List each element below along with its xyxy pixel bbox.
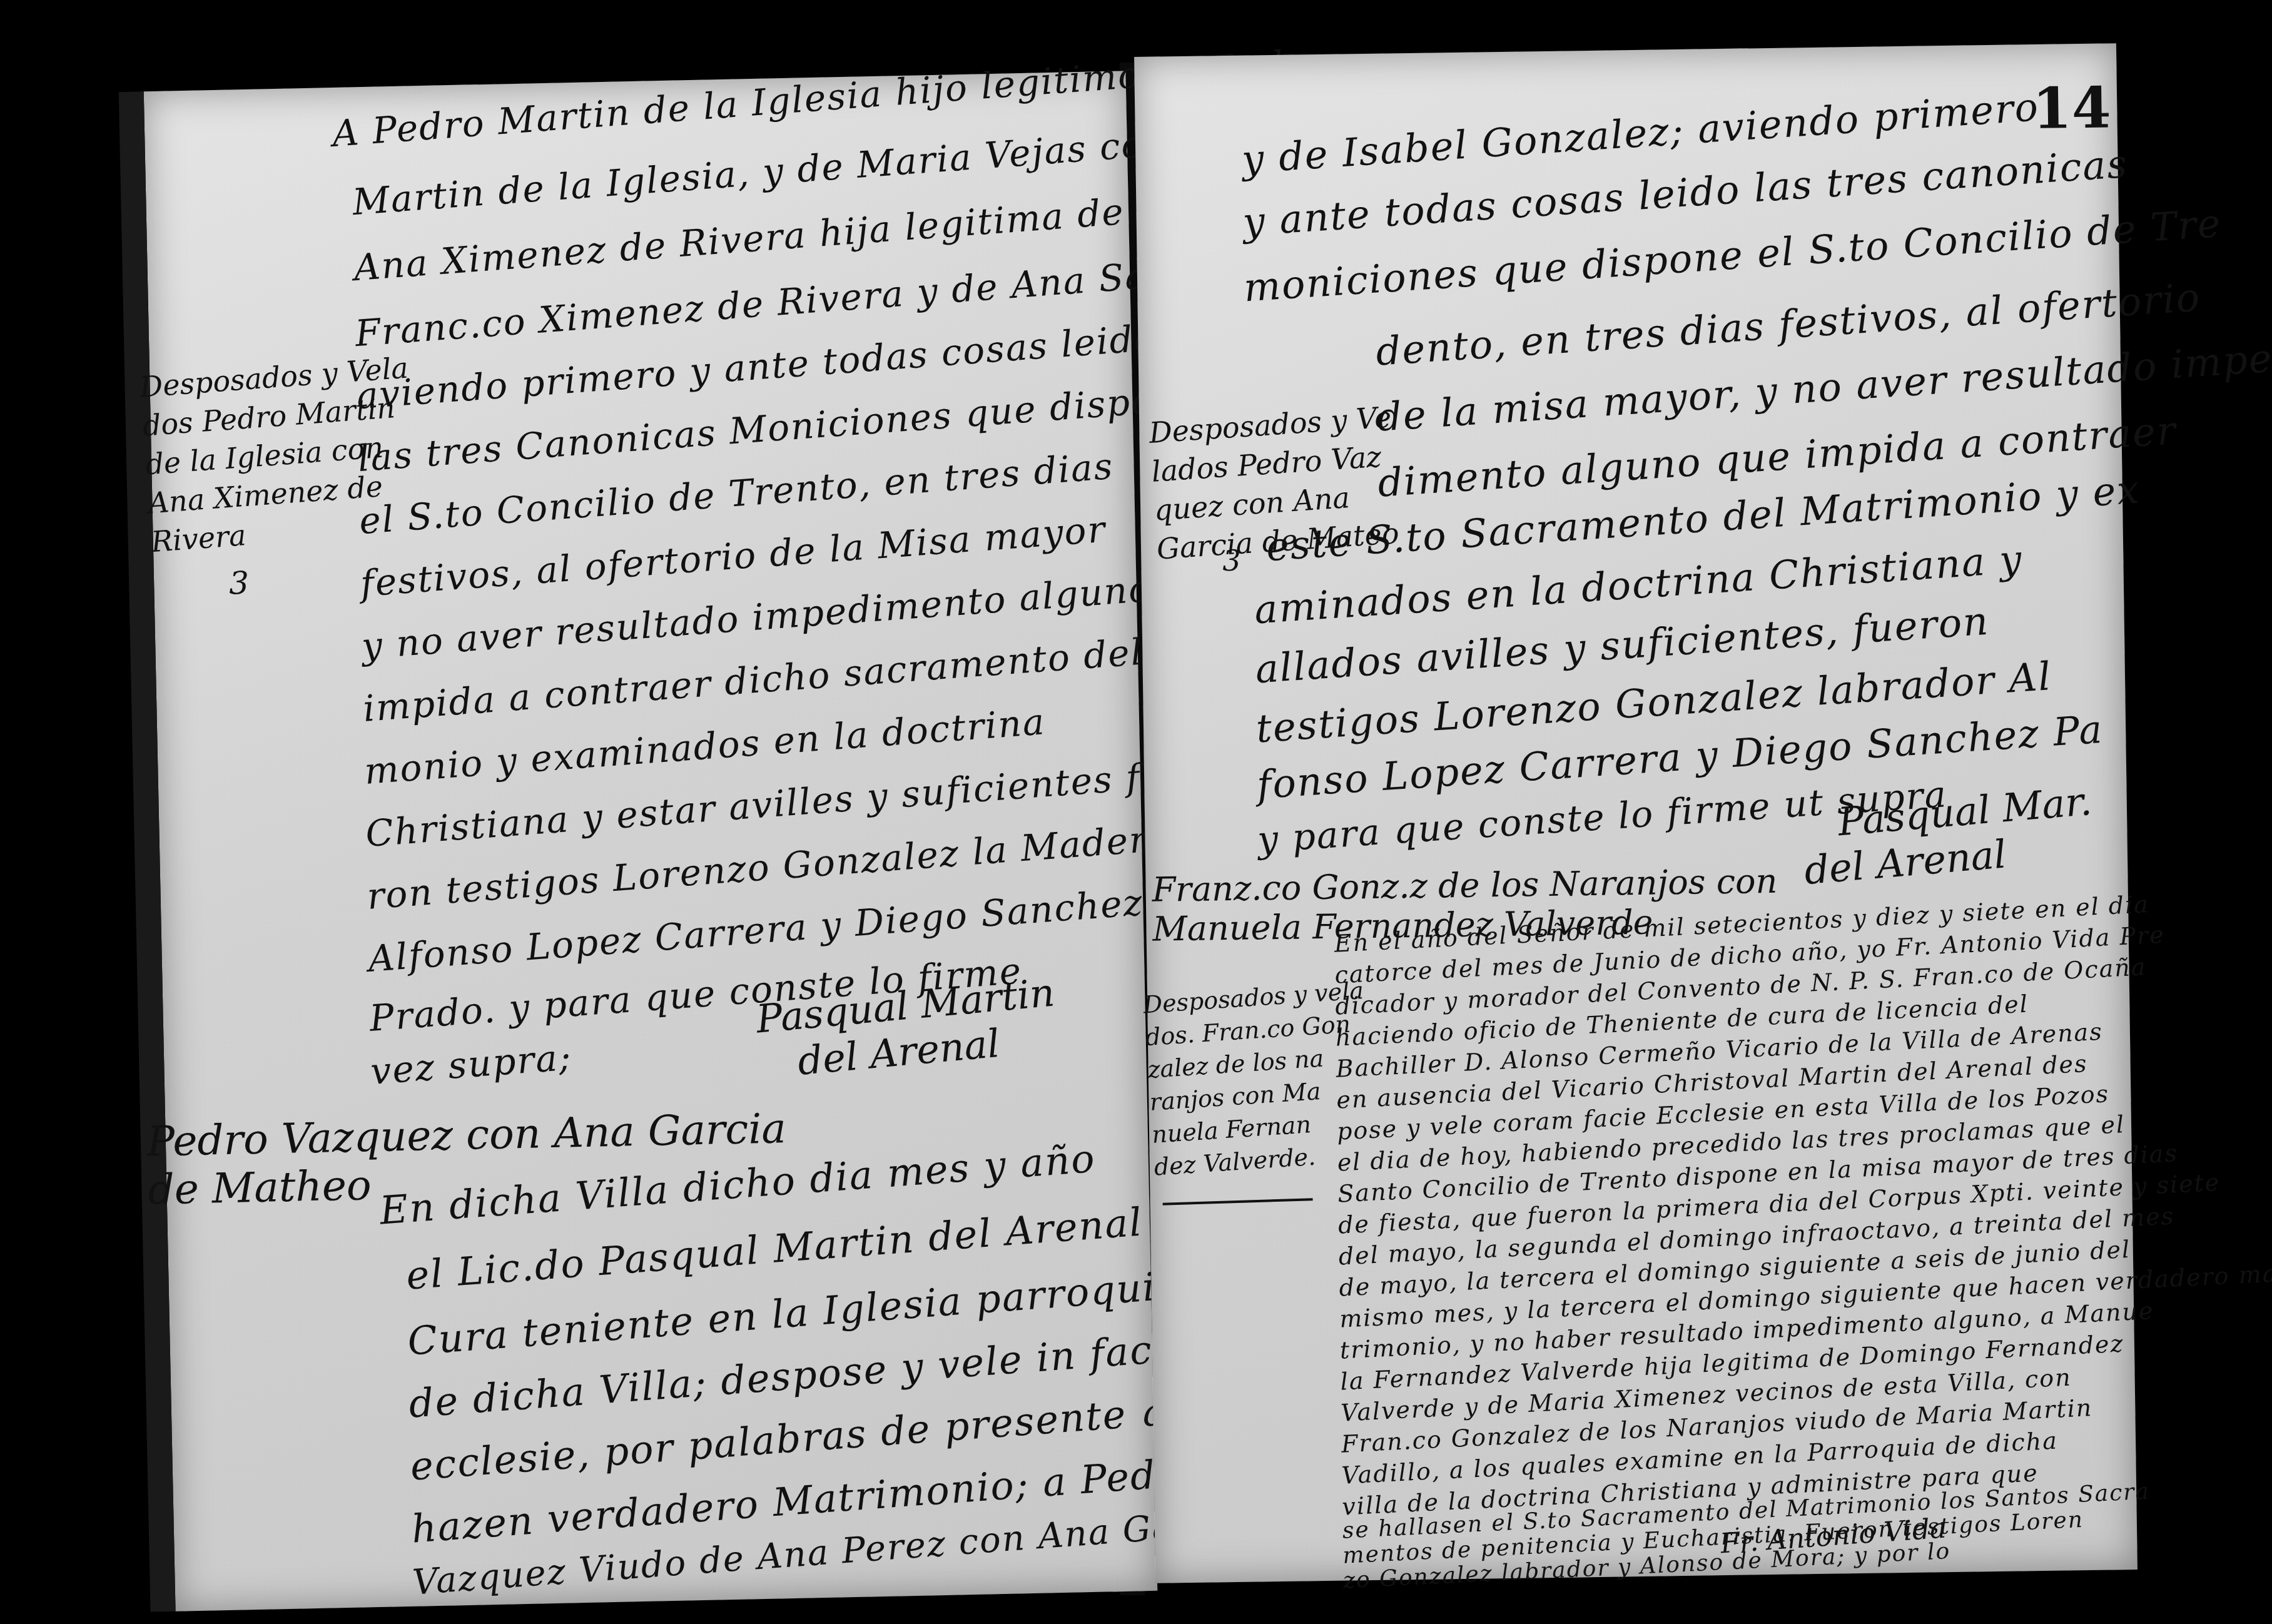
left-page: Desposados y Vela dos Pedro Martin de la… [119, 71, 1158, 1611]
margin-rule [1163, 1198, 1313, 1205]
margin-number: 3 [1222, 544, 1241, 577]
right-page: 14 Desposados y Ve lados Pedro Vaz quez … [1134, 43, 2138, 1583]
margin-number: 3 [229, 565, 250, 602]
left-entry1-body: A Pedro Martin de la Iglesia hijo legiti… [144, 71, 1126, 91]
folio-number: 14 [2032, 74, 2111, 142]
text-line: vez supra; [369, 1036, 573, 1093]
